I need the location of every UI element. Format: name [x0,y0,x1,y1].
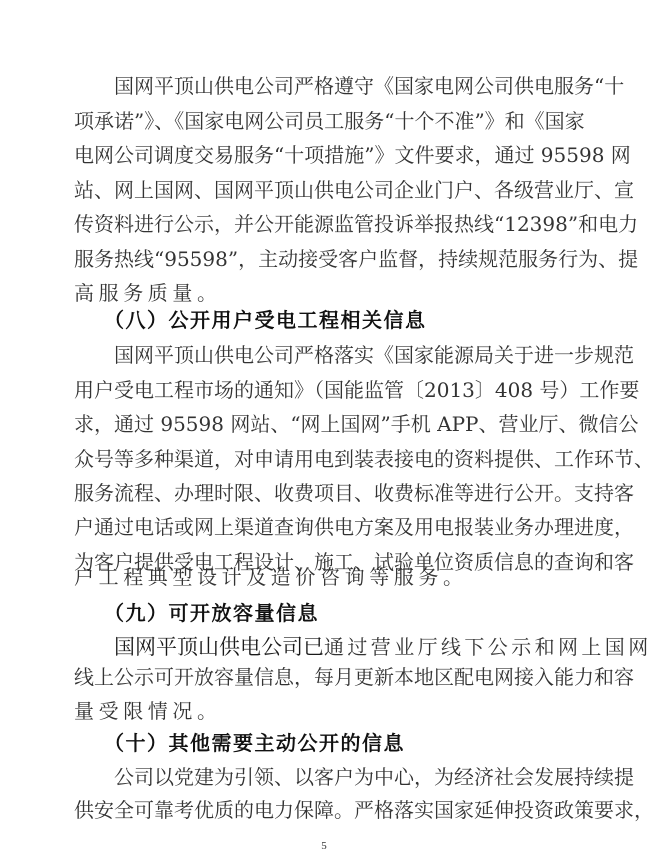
document-page: 国网平顶山供电公司严格遵守《国家电网公司供电服务“十 项承诺”》、《国家电网公司… [0,0,648,864]
paragraph-3-line-2: 线上公示可开放容量信息，每月更新本地区配电网接入能力和容 [74,662,570,692]
paragraph-1-line-1: 国网平顶山供电公司严格遵守《国家电网公司供电服务“十 [114,71,570,101]
paragraph-2-line-2: 用户受电工程市场的通知》（国能监管〔2013〕408 号）工作要 [74,375,570,405]
company-name-bold: 国网平顶山供电公司已 [114,632,324,662]
paragraph-2-line-4: 众号等多种渠道，对申请用电到装表接电的资料提供、工作环节、 [74,444,570,474]
section-heading-8: （八）公开用户受电工程相关信息 [104,305,427,335]
paragraph-1-line-4: 站、网上国网、国网平顶山供电公司企业门户、各级营业厅、宣 [74,175,570,205]
paragraph-4-line-2: 供安全可靠考优质的电力保障。严格落实国家延伸投资政策要求， [74,795,570,825]
paragraph-1-line-3: 电网公司调度交易服务“十项措施”》文件要求，通过 95598 网 [74,140,570,170]
paragraph-3-line-3: 量受限情况。 [74,696,570,726]
paragraph-1-line-6: 服务热线“95598”，主动接受客户监督，持续规范服务行为、提 [74,244,570,274]
paragraph-3-line-1-rest: 通过营业厅线下公示和网上国网 APP [324,632,648,662]
paragraph-1-line-2: 项承诺”》、《国家电网公司员工服务“十个不准”》和《国家 [74,106,570,136]
page-number: 5 [0,840,648,852]
paragraph-1-line-5: 传资料进行公示，并公开能源监管投诉举报热线“12398”和电力 [74,209,570,239]
section-heading-9: （九）可开放容量信息 [104,598,319,628]
paragraph-2-line-5: 服务流程、办理时限、收费项目、收费标准等进行公开。支持客 [74,478,570,508]
paragraph-3-line-1: 国网平顶山供电公司已 通过营业厅线下公示和网上国网 APP [114,632,570,662]
paragraph-2-line-8: 户工程典型设计及造价咨询等服务。 [74,562,570,592]
paragraph-2-line-3: 求，通过 95598 网站、“网上国网”手机 APP、营业厅、微信公 [74,409,570,439]
paragraph-4-line-1: 公司以党建为引领、以客户为中心，为经济社会发展持续提 [114,762,570,792]
section-heading-10: （十）其他需要主动公开的信息 [104,728,405,758]
paragraph-2-line-6: 户通过电话或网上渠道查询供电方案及用电报装业务办理进度， [74,512,570,542]
paragraph-1-line-7: 高服务质量。 [74,278,570,308]
paragraph-2-line-1: 国网平顶山供电公司严格落实《国家能源局关于进一步规范 [114,340,570,370]
